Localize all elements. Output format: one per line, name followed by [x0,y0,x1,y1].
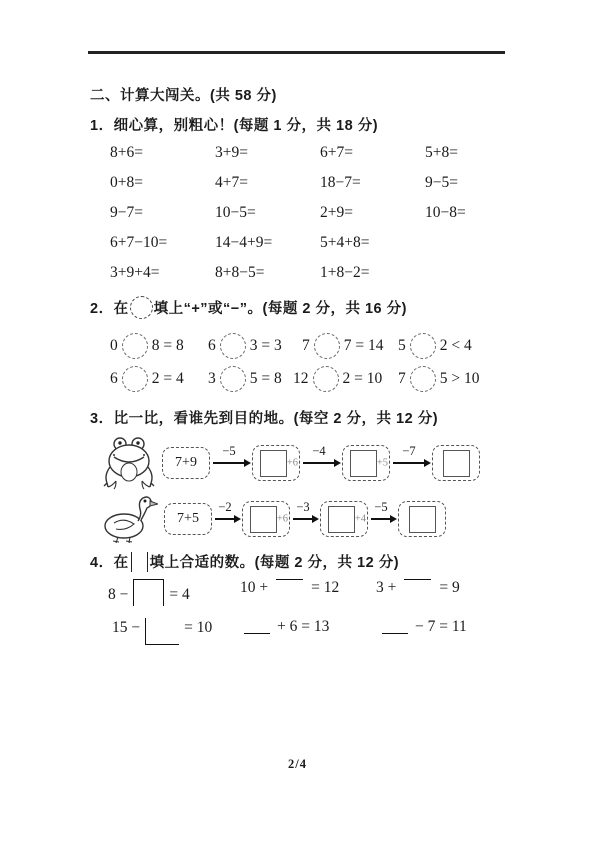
box-operation: +6 [277,514,288,525]
q2-heading-prefix: 2．在 [90,297,129,318]
arrow-icon: −2 [215,518,239,519]
arrow-icon: −7 [393,462,429,463]
calc-problem[interactable]: 6+7= [320,144,353,162]
operand: 5 [398,337,406,355]
box-problem: 15 −= 10 [112,618,212,645]
circle-problem: 63 = 3 [208,333,282,359]
answer-blank[interactable] [250,506,277,533]
calc-problem[interactable]: 18−7= [320,174,361,192]
equation-part: 10 + [240,579,268,596]
arrow-icon: −5 [371,518,395,519]
arrow-icon: −5 [213,462,249,463]
answer-box: +6 [252,445,300,481]
race-row-frog: 7+9 −5 +6 −4 +5 −7 [102,432,480,494]
equation-part: = 12 [311,579,339,596]
operator-blank-circle[interactable] [220,333,246,359]
operand: 12 [293,370,309,388]
equation-part: = 9 [439,579,459,596]
race-row-duck: 7+5 −2 +6 −3 +4 −5 [100,491,446,547]
operand: 7 [302,337,310,355]
operand: 2 < 4 [440,337,472,355]
box-problem: − 7 = 11 [380,618,467,636]
box-problem: 10 += 12 [240,579,339,597]
circle-problem: 75 > 10 [398,366,480,392]
answer-blank[interactable] [350,450,377,477]
equation-part: 8 − [108,586,128,603]
q4-heading-suffix: 填上合适的数。(每题 2 分，共 12 分) [150,551,399,572]
answer-blank[interactable] [409,506,436,533]
arrow-operation: −7 [393,444,425,459]
q4-heading: 4．在 填上合适的数。(每题 2 分，共 12 分) [90,551,399,572]
answer-blank[interactable] [276,579,303,580]
duck-icon [100,493,158,545]
equation-part: 15 − [112,619,140,636]
box-row: 8 −= 4 10 += 12 3 += 9 [90,579,560,616]
answer-blank[interactable] [244,633,270,634]
operand: 2 = 10 [343,370,383,388]
worksheet-page: 二、计算大闯关。(共 58 分) 1．细心算，别粗心！(每题 1 分，共 18 … [0,0,595,842]
calc-problem[interactable]: 5+4+8= [320,234,369,252]
operator-blank-circle[interactable] [122,333,148,359]
answer-blank[interactable] [404,579,431,580]
arrow-icon: −4 [303,462,339,463]
operand: 7 [398,370,406,388]
start-box: 7+5 [164,503,212,535]
arrow-icon: −3 [293,518,317,519]
operator-blank-circle[interactable] [220,366,246,392]
q2-problem-grid: 08 = 8 63 = 3 77 = 14 52 < 4 62 = 4 35 =… [90,333,550,399]
calc-problem[interactable]: 10−5= [215,204,256,222]
top-divider [88,51,505,54]
circle-problem: 122 = 10 [293,366,382,392]
calc-row: 3+9+4= 8+8−5= 1+8−2= [90,264,530,294]
equation-part: 3 + [376,579,396,596]
arrow-operation: −4 [303,444,335,459]
circle-problem: 62 = 4 [110,366,184,392]
operand: 0 [110,337,118,355]
operand: 2 = 4 [152,370,184,388]
start-box: 7+9 [162,447,210,479]
answer-blank[interactable] [133,579,164,606]
answer-box: +5 [342,445,390,481]
answer-box [398,501,446,537]
blank-box-icon [131,552,148,572]
arrow-operation: −2 [215,500,235,515]
answer-blank[interactable] [328,506,355,533]
frog-icon [102,435,156,491]
calc-problem[interactable]: 3+9+4= [110,264,159,282]
operand: 5 = 8 [250,370,282,388]
box-problem: 8 −= 4 [108,579,190,606]
arrow-operation: −5 [371,500,391,515]
q4-heading-prefix: 4．在 [90,551,129,572]
calc-problem[interactable]: 9−5= [425,174,458,192]
q3-heading: 3．比一比，看谁先到目的地。(每空 2 分，共 12 分) [90,407,438,428]
calc-problem[interactable]: 8+6= [110,144,143,162]
circle-problem: 52 < 4 [398,333,472,359]
calc-problem[interactable]: 10−8= [425,204,466,222]
answer-blank[interactable] [443,450,470,477]
calc-row: 0+8= 4+7= 18−7= 9−5= [90,174,530,204]
q2-heading: 2．在 填上“+”或“−”。(每题 2 分，共 16 分) [90,296,407,319]
operand: 8 = 8 [152,337,184,355]
q1-heading: 1．细心算，别粗心！(每题 1 分，共 18 分) [90,114,378,135]
calc-problem[interactable]: 1+8−2= [320,264,369,282]
circle-row: 62 = 4 35 = 8 122 = 10 75 > 10 [90,366,550,399]
page-number: 2/4 [0,757,595,772]
circle-problem: 08 = 8 [110,333,184,359]
calc-problem[interactable]: 14−4+9= [215,234,272,252]
operator-blank-circle[interactable] [410,333,436,359]
operator-blank-circle[interactable] [410,366,436,392]
box-operation: +5 [377,458,388,469]
equation-part: = 10 [184,619,212,636]
operand: 3 = 3 [250,337,282,355]
calc-problem[interactable]: 6+7−10= [110,234,167,252]
box-problem: 3 += 9 [376,579,460,597]
calc-problem[interactable]: 9−7= [110,204,143,222]
answer-blank[interactable] [260,450,287,477]
operand: 6 [110,370,118,388]
equation-part: = 4 [169,586,189,603]
calc-problem[interactable]: 0+8= [110,174,143,192]
equation-part: − 7 = 11 [415,618,467,635]
operand: 3 [208,370,216,388]
operand: 5 > 10 [440,370,480,388]
q1-problem-grid: 8+6= 3+9= 6+7= 5+8= 0+8= 4+7= 18−7= 9−5=… [90,144,530,294]
operator-blank-circle[interactable] [314,333,340,359]
circle-row: 08 = 8 63 = 3 77 = 14 52 < 4 [90,333,550,366]
box-problem: + 6 = 13 [242,618,329,636]
box-operation: +4 [355,514,366,525]
operand: 6 [208,337,216,355]
q2-heading-suffix: 填上“+”或“−”。(每题 2 分，共 16 分) [154,297,407,318]
calc-row: 6+7−10= 14−4+9= 5+4+8= [90,234,530,264]
circle-problem: 35 = 8 [208,366,282,392]
operand: 7 = 14 [344,337,384,355]
arrow-operation: −3 [293,500,313,515]
circle-problem: 77 = 14 [302,333,384,359]
answer-box: +6 [242,501,290,537]
blank-circle-icon [130,296,153,319]
calc-problem[interactable]: 2+9= [320,204,353,222]
answer-blank[interactable] [145,618,179,645]
operator-blank-circle[interactable] [313,366,339,392]
calc-problem[interactable]: 3+9= [215,144,248,162]
calc-row: 8+6= 3+9= 6+7= 5+8= [90,144,530,174]
equation-part: + 6 = 13 [277,618,329,635]
answer-box [432,445,480,481]
arrow-operation: −5 [213,444,245,459]
operator-blank-circle[interactable] [122,366,148,392]
box-operation: +6 [287,458,298,469]
calc-problem[interactable]: 8+8−5= [215,264,264,282]
section-2-heading: 二、计算大闯关。(共 58 分) [90,84,277,105]
calc-problem[interactable]: 4+7= [215,174,248,192]
box-row: 15 −= 10 + 6 = 13 − 7 = 11 [90,616,560,653]
answer-blank[interactable] [382,633,408,634]
answer-box: +4 [320,501,368,537]
q4-problem-grid: 8 −= 4 10 += 12 3 += 9 15 −= 10 + 6 = 13… [90,579,560,653]
calc-row: 9−7= 10−5= 2+9= 10−8= [90,204,530,234]
calc-problem[interactable]: 5+8= [425,144,458,162]
